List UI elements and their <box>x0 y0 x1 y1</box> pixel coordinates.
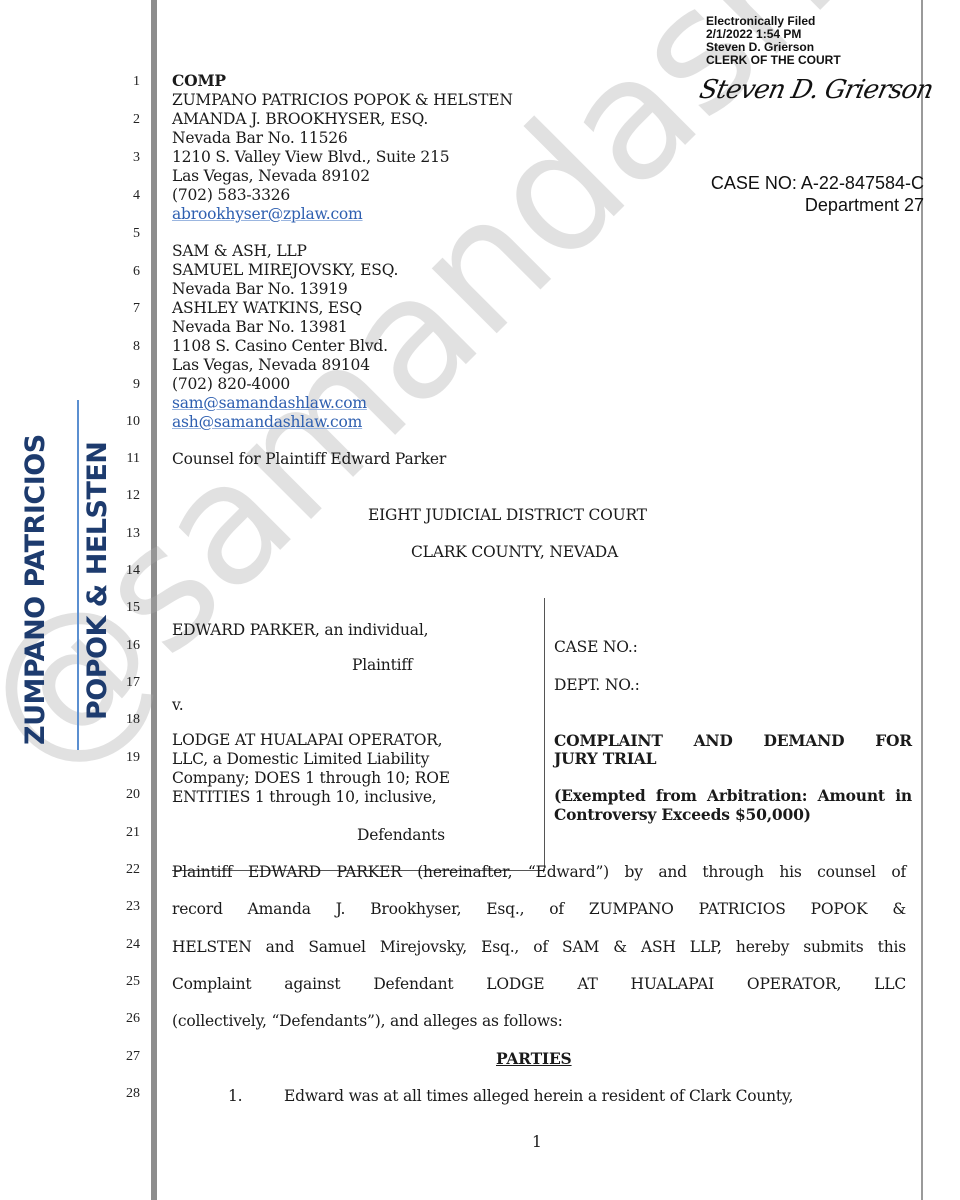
line-number: 23 <box>110 899 140 915</box>
address-line: 1210 S. Valley View Blvd., Suite 215 <box>172 148 449 166</box>
address-city: Las Vegas, Nevada 89104 <box>172 356 370 374</box>
line-number: 15 <box>110 600 140 616</box>
body-line: record Amanda J. Brookhyser, Esq., of ZU… <box>172 900 906 918</box>
bar-number: Nevada Bar No. 11526 <box>172 129 348 147</box>
defendant-line: Company; DOES 1 through 10; ROE <box>172 769 450 787</box>
section-heading-parties: PARTIES <box>496 1050 572 1068</box>
arbitration-exemption-2: Controversy Exceeds $50,000) <box>554 806 811 824</box>
line-number: 18 <box>110 712 140 728</box>
line-number: 11 <box>110 451 140 467</box>
line-number: 25 <box>110 974 140 990</box>
line-number: 3 <box>110 150 140 166</box>
address-city: Las Vegas, Nevada 89102 <box>172 167 370 185</box>
page-number: 1 <box>532 1133 542 1151</box>
address-line: 1108 S. Casino Center Blvd. <box>172 337 388 355</box>
stamp-line: CLERK OF THE COURT <box>706 54 841 67</box>
line-number: 26 <box>110 1011 140 1027</box>
line-number: 20 <box>110 787 140 803</box>
email-link[interactable]: ash@samandashlaw.com <box>172 413 362 431</box>
watermark: @samandashlaw <box>0 0 960 807</box>
clerk-signature: Steven D. Grierson <box>697 75 936 105</box>
logo-divider <box>77 400 79 750</box>
logo-line-2: POPOK & HELSTEN <box>82 442 113 720</box>
line-number: 22 <box>110 862 140 878</box>
line-number: 10 <box>110 414 140 430</box>
defendant-line: LODGE AT HUALAPAI OPERATOR, <box>172 731 442 749</box>
body-line: Plaintiff EDWARD PARKER (hereinafter, “E… <box>172 863 906 881</box>
document-code: COMP <box>172 72 226 90</box>
dept-no-label: DEPT. NO.: <box>554 676 640 694</box>
firm-name: SAM & ASH, LLP <box>172 242 307 260</box>
body-line: HELSTEN and Samuel Mirejovsky, Esq., of … <box>172 938 906 956</box>
versus: v. <box>172 696 183 714</box>
line-number: 8 <box>110 339 140 355</box>
court-county: CLARK COUNTY, NEVADA <box>411 543 618 561</box>
phone: (702) 820-4000 <box>172 375 290 393</box>
plaintiff-name: EDWARD PARKER, an individual, <box>172 621 428 639</box>
paragraph-text: Edward was at all times alleged herein a… <box>284 1087 793 1105</box>
counsel-for: Counsel for Plaintiff Edward Parker <box>172 450 446 468</box>
line-number: 27 <box>110 1049 140 1065</box>
complaint-title-2: JURY TRIAL <box>554 750 656 768</box>
line-number: 13 <box>110 526 140 542</box>
line-number: 4 <box>110 188 140 204</box>
line-number: 19 <box>110 750 140 766</box>
defendant-line: LLC, a Domestic Limited Liability <box>172 750 429 768</box>
line-number: 5 <box>110 226 140 242</box>
line-number: 24 <box>110 937 140 953</box>
line-number: 6 <box>110 264 140 280</box>
defendant-label: Defendants <box>357 826 445 844</box>
line-number: 16 <box>110 638 140 654</box>
logo-line-1: ZUMPANO PATRICIOS <box>20 434 51 745</box>
side-firm-logo: ZUMPANO PATRICIOS POPOK & HELSTEN <box>18 400 108 750</box>
line-number: 2 <box>110 112 140 128</box>
bar-number: Nevada Bar No. 13919 <box>172 280 348 298</box>
plaintiff-label: Plaintiff <box>352 656 412 674</box>
attorney-name: AMANDA J. BROOKHYSER, ESQ. <box>172 110 428 128</box>
line-number: 1 <box>110 74 140 90</box>
court-name: EIGHT JUDICIAL DISTRICT COURT <box>368 506 647 524</box>
body-line: Complaint against Defendant LODGE AT HUA… <box>172 975 906 993</box>
line-number: 7 <box>110 301 140 317</box>
left-margin-rule <box>151 0 157 1200</box>
complaint-title: COMPLAINT AND DEMAND FOR <box>554 732 912 750</box>
firm-name: ZUMPANO PATRICIOS POPOK & HELSTEN <box>172 91 513 109</box>
line-number: 14 <box>110 563 140 579</box>
body-line: (collectively, “Defendants”), and allege… <box>172 1012 563 1030</box>
paragraph-number: 1. <box>228 1087 242 1105</box>
attorney-name: ASHLEY WATKINS, ESQ <box>172 299 362 317</box>
line-number: 21 <box>110 825 140 841</box>
case-number: CASE NO: A-22-847584-C <box>711 172 924 194</box>
attorney-name: SAMUEL MIREJOVSKY, ESQ. <box>172 261 398 279</box>
email-link[interactable]: sam@samandashlaw.com <box>172 394 367 412</box>
filing-stamp: Electronically Filed 2/1/2022 1:54 PM St… <box>706 15 841 67</box>
email-link[interactable]: abrookhyser@zplaw.com <box>172 205 363 223</box>
phone: (702) 583-3326 <box>172 186 290 204</box>
defendant-line: ENTITIES 1 through 10, inclusive, <box>172 788 437 806</box>
line-number: 12 <box>110 488 140 504</box>
case-no-label: CASE NO.: <box>554 638 638 656</box>
line-number: 17 <box>110 675 140 691</box>
line-number: 28 <box>110 1086 140 1102</box>
department: Department 27 <box>711 194 924 216</box>
bar-number: Nevada Bar No. 13981 <box>172 318 348 336</box>
line-number: 9 <box>110 377 140 393</box>
case-number-header: CASE NO: A-22-847584-C Department 27 <box>711 172 924 216</box>
caption-divider-vertical <box>544 598 545 870</box>
arbitration-exemption: (Exempted from Arbitration: Amount in <box>554 787 912 805</box>
